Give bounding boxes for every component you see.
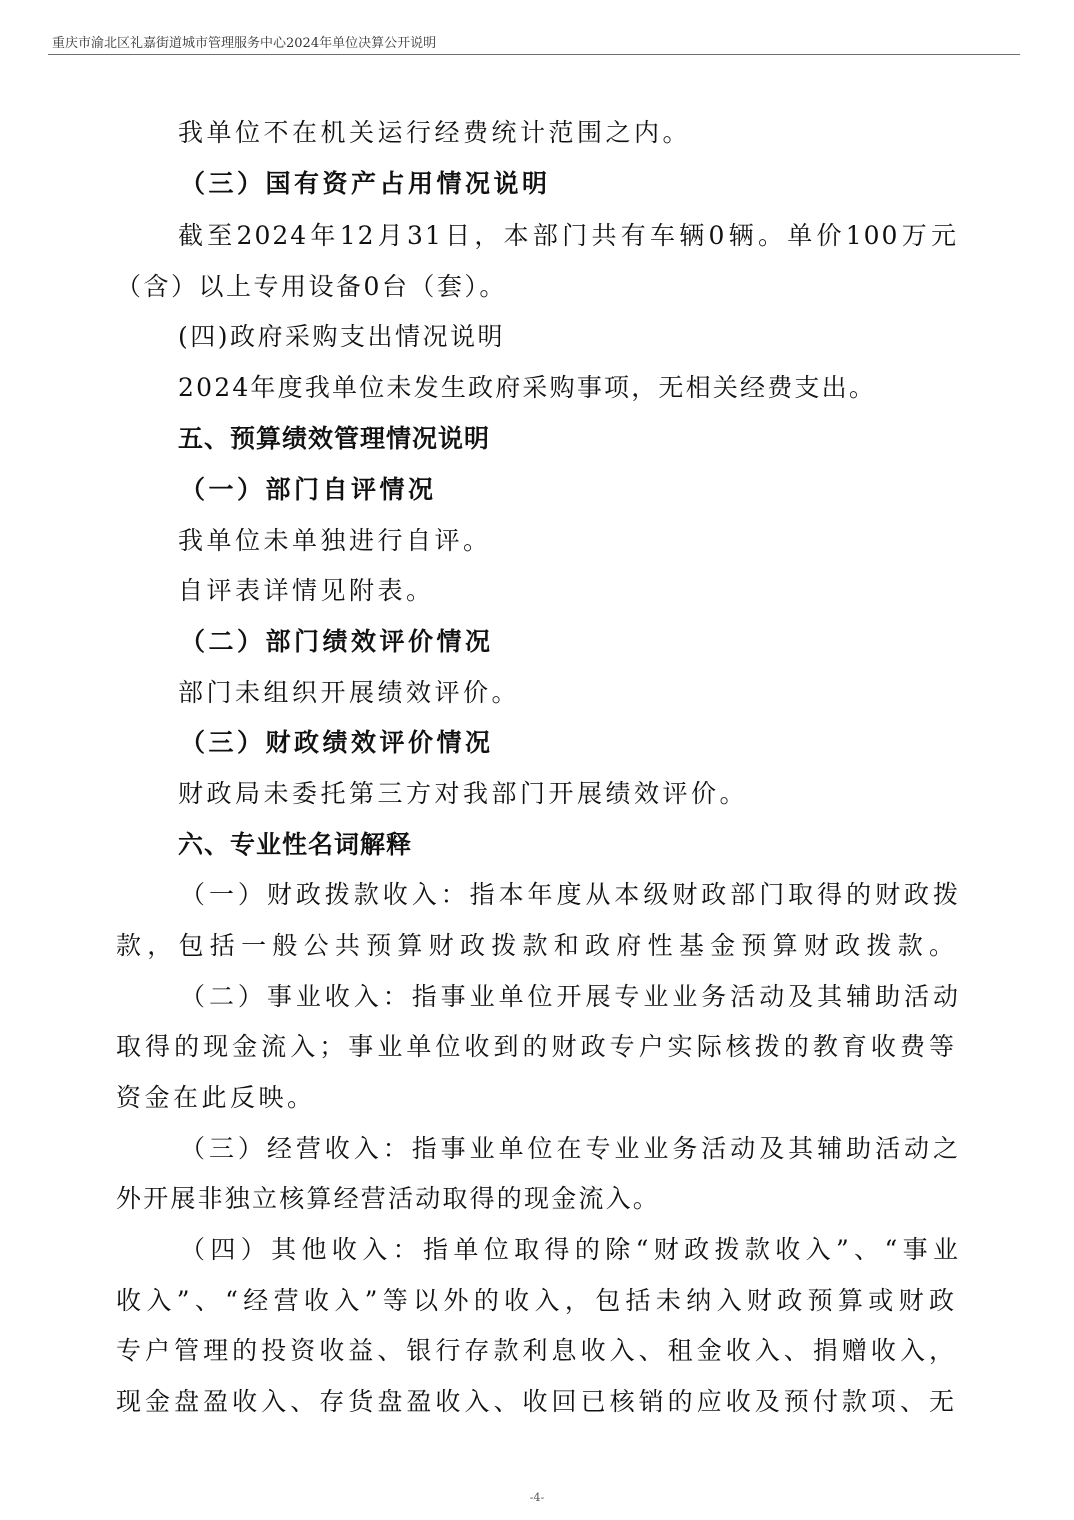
paragraph-self-evaluation-1: 我单位未单独进行自评。 [178,526,492,556]
definition-business-income-line-1: （二）事业收入：指事业单位开展专业业务活动及其辅助活动 [180,982,960,1012]
definition-operating-income-line-2: 外开展非独立核算经营活动取得的现金流入。 [116,1184,660,1214]
definition-fiscal-appropriation-line-2: 款，包括一般公共预算财政拨款和政府性基金预算财政拨款。 [116,931,956,961]
definition-other-income-line-3: 专户管理的投资收益、银行存款利息收入、租金收入、捐赠收入， [116,1336,956,1366]
paragraph-procurement: 2024年度我单位未发生政府采购事项，无相关经费支出。 [178,373,876,403]
page-header: 重庆市渝北区礼嘉街道城市管理服务中心2024年单位决算公开说明 [48,30,1020,55]
subheading-finance-evaluation: （三）财政绩效评价情况 [180,728,494,758]
definition-fiscal-appropriation-line-1: （一）财政拨款收入：指本年度从本级财政部门取得的财政拨 [180,880,960,910]
document-title: 重庆市渝北区礼嘉街道城市管理服务中心2024年单位决算公开说明 [52,32,436,51]
paragraph-department-evaluation: 部门未组织开展绩效评价。 [178,678,520,708]
subheading-department-evaluation: （二）部门绩效评价情况 [180,627,494,657]
subheading-state-assets: （三）国有资产占用情况说明 [180,169,551,199]
subheading-self-evaluation: （一）部门自评情况 [180,475,437,505]
definition-business-income-line-3: 资金在此反映。 [116,1083,316,1113]
definition-other-income-line-1: （四）其他收入：指单位取得的除“财政拨款收入”、“事业 [180,1235,960,1265]
heading-section-6-glossary: 六、专业性名词解释 [178,830,412,860]
paragraph-running-costs: 我单位不在机关运行经费统计范围之内。 [178,118,691,148]
paragraph-self-evaluation-2: 自评表详情见附表。 [178,576,435,606]
paragraph-finance-evaluation: 财政局未委托第三方对我部门开展绩效评价。 [178,779,748,809]
subheading-procurement: (四)政府采购支出情况说明 [178,322,505,352]
page-number: -4- [0,1491,1074,1504]
definition-business-income-line-2: 取得的现金流入；事业单位收到的财政专户实际核拨的教育收费等 [116,1032,956,1062]
heading-section-5-performance: 五、预算绩效管理情况说明 [178,424,490,454]
paragraph-assets-line-2: （含）以上专用设备0台（套）。 [116,272,507,302]
definition-operating-income-line-1: （三）经营收入：指事业单位在专业业务活动及其辅助活动之 [180,1134,960,1164]
definition-other-income-line-4: 现金盘盈收入、存货盘盈收入、收回已核销的应收及预付款项、无 [116,1387,956,1417]
paragraph-assets-line-1: 截至2024年12月31日，本部门共有车辆0辆。单价100万元 [178,221,958,251]
definition-other-income-line-2: 收入”、“经营收入”等以外的收入，包括未纳入财政预算或财政 [116,1286,956,1316]
